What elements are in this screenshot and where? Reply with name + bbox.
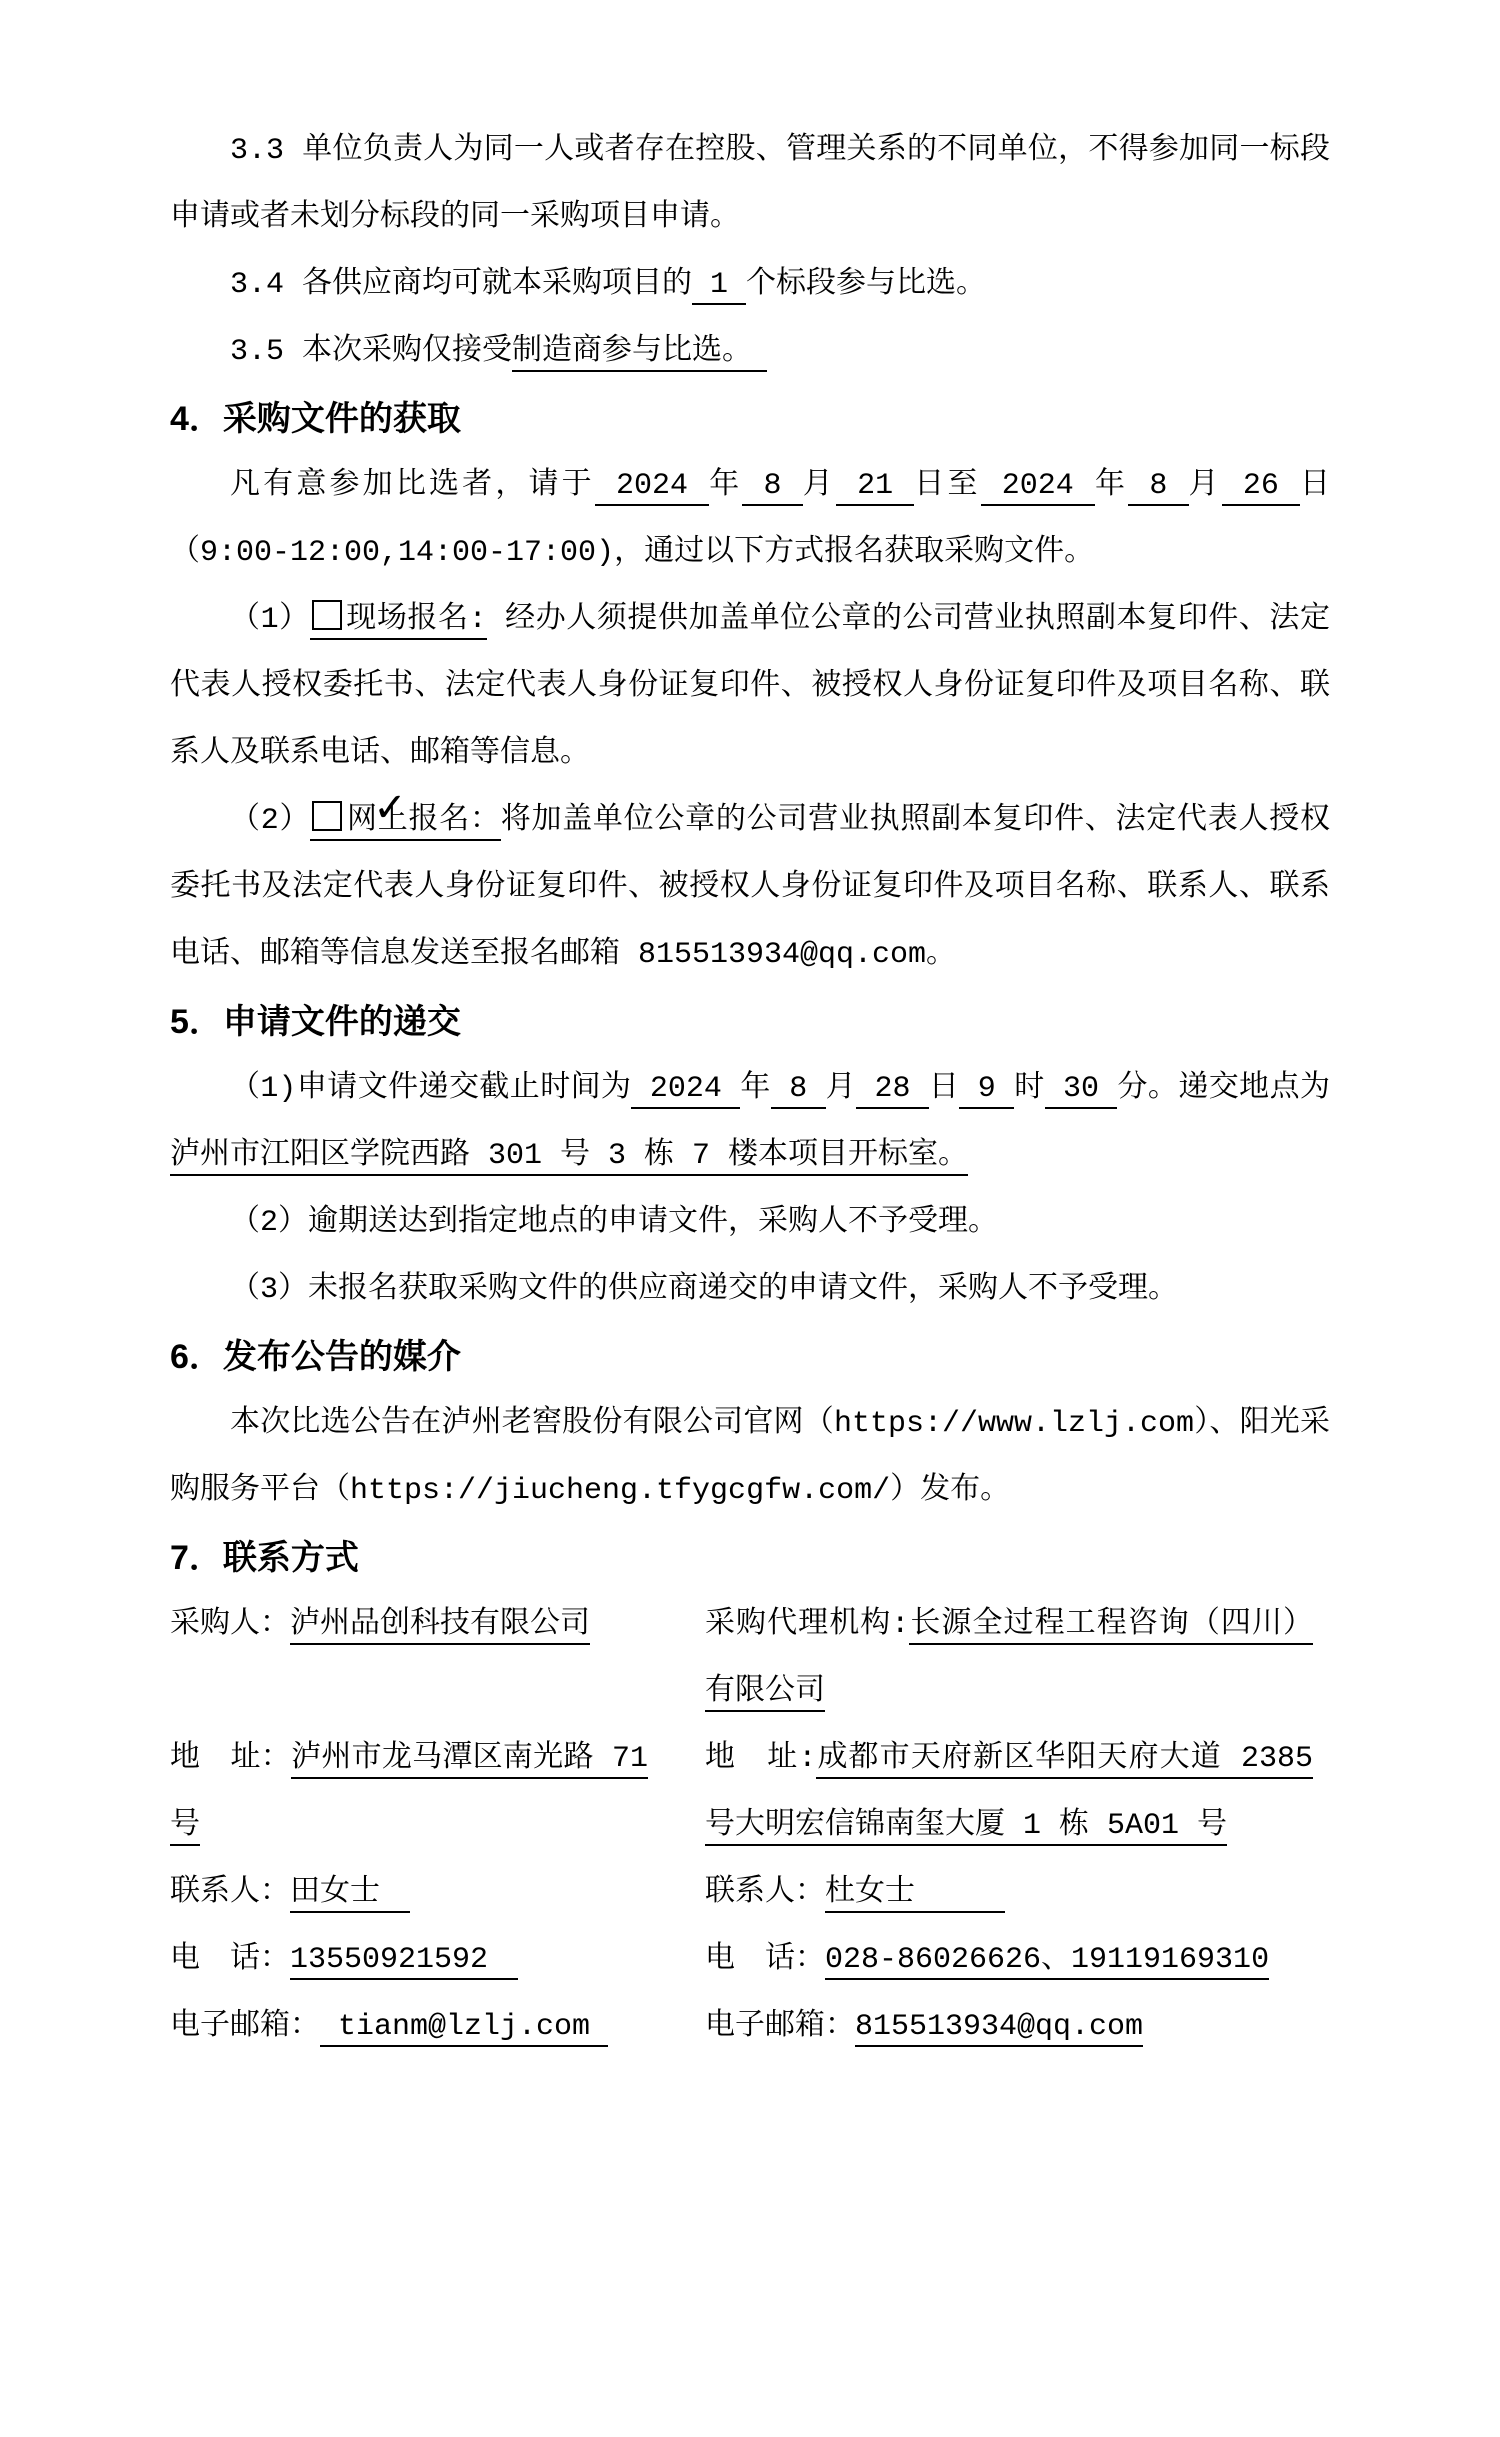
underlined-value: tianm@lzlj.com bbox=[320, 2010, 608, 2047]
para-3-3: 3.3 单位负责人为同一人或者存在控股、管理关系的不同单位，不得参加同一标段申请… bbox=[170, 118, 1330, 252]
underlined-value: 9 bbox=[959, 1072, 1014, 1109]
text-run: 年 bbox=[1095, 469, 1128, 503]
unchecked-checkbox-icon bbox=[312, 600, 342, 630]
underlined-value: 028-86026626、19119169310 bbox=[825, 1943, 1269, 1980]
text-run: 6．发布公告的媒介 bbox=[170, 1338, 461, 1376]
text-run: （1） bbox=[230, 603, 310, 637]
document-body: 3.3 单位负责人为同一人或者存在控股、管理关系的不同单位，不得参加同一标段申请… bbox=[170, 118, 1330, 2061]
contact-right-cell: 采购代理机构:长源全过程工程咨询（四川）有限公司 bbox=[705, 1592, 1313, 1726]
underlined-value: 21 bbox=[836, 469, 914, 506]
text-run: 联系人： bbox=[705, 1876, 825, 1910]
para-5-2: （2）逾期送达到指定地点的申请文件，采购人不予受理。 bbox=[170, 1190, 1330, 1257]
text-run: 3.3 单位负责人为同一人或者存在控股、管理关系的不同单位，不得参加同一标段申请… bbox=[170, 134, 1330, 235]
underlined-value: 30 bbox=[1045, 1072, 1118, 1109]
text-run: 电子邮箱： bbox=[170, 2010, 320, 2044]
text-run: （2） bbox=[230, 804, 310, 838]
text-run: 月 bbox=[803, 469, 836, 503]
para-4-intro: 凡有意参加比选者，请于 2024 年 8 月 21 日至 2024 年 8 月 … bbox=[170, 453, 1330, 587]
text-run: 凡有意参加比选者，请于 bbox=[230, 469, 595, 503]
para-4-2-online: （2）✓网上报名：将加盖单位公章的公司营业执照副本复印件、法定代表人授权委托书及… bbox=[170, 788, 1330, 989]
contact-left-cell: 地 址：泸州市龙马潭区南光路 71 号 bbox=[170, 1726, 648, 1860]
contact-right-cell: 电子邮箱：815513934@qq.com bbox=[705, 1994, 1313, 2061]
underlined-value: 2024 bbox=[595, 469, 709, 506]
text-run: 月 bbox=[826, 1072, 856, 1106]
para-5-1: （1)申请文件递交截止时间为 2024 年 8 月 28 日 9 时 30 分。… bbox=[170, 1056, 1330, 1190]
checkbox-underlined-run: ✓ bbox=[310, 804, 346, 841]
text-run: （3）未报名获取采购文件的供应商递交的申请文件，采购人不予受理。 bbox=[230, 1273, 1178, 1307]
text-run: 3.4 各供应商均可就本采购项目的 bbox=[230, 268, 692, 302]
underlined-value: 8 bbox=[771, 1072, 826, 1109]
text-run: 分。递交地点为 bbox=[1117, 1072, 1330, 1106]
text-run: 日 bbox=[929, 1072, 959, 1106]
underlined-value: 田女士 bbox=[290, 1876, 410, 1913]
contact-row-0: 采购人：泸州品创科技有限公司采购代理机构:长源全过程工程咨询（四川）有限公司 bbox=[170, 1592, 1330, 1726]
text-run: 3.5 本次采购仅接受 bbox=[230, 335, 512, 369]
document-page: 3.3 单位负责人为同一人或者存在控股、管理关系的不同单位，不得参加同一标段申请… bbox=[0, 0, 1500, 2437]
underlined-value: 杜女士 bbox=[825, 1876, 1005, 1913]
underlined-value: 13550921592 bbox=[290, 1943, 518, 1980]
contact-right-cell: 电 话：028-86026626、19119169310 bbox=[705, 1927, 1313, 1994]
text-run: 采购代理机构: bbox=[705, 1608, 909, 1642]
text-run: 地 址： bbox=[170, 1742, 291, 1776]
contact-table: 采购人：泸州品创科技有限公司采购代理机构:长源全过程工程咨询（四川）有限公司地 … bbox=[170, 1592, 1330, 2061]
text-run: 4．采购文件的获取 bbox=[170, 400, 461, 438]
para-4-1-onsite: （1）现场报名: 经办人须提供加盖单位公章的公司营业执照副本复印件、法定代表人授… bbox=[170, 587, 1330, 788]
contact-row-4: 电子邮箱： tianm@lzlj.com 电子邮箱：815513934@qq.c… bbox=[170, 1994, 1330, 2061]
text-run: （2）逾期送达到指定地点的申请文件，采购人不予受理。 bbox=[230, 1206, 998, 1240]
para-6-intro: 本次比选公告在泸州老窖股份有限公司官网（https://www.lzlj.com… bbox=[170, 1391, 1330, 1525]
para-3-5: 3.5 本次采购仅接受制造商参与比选。 bbox=[170, 319, 1330, 386]
para-3-4: 3.4 各供应商均可就本采购项目的 1 个标段参与比选。 bbox=[170, 252, 1330, 319]
underlined-value: 2024 bbox=[981, 469, 1095, 506]
underlined-value: 1 bbox=[692, 268, 746, 305]
heading-7: 7．联系方式 bbox=[170, 1525, 1330, 1592]
checked-checkbox-icon: ✓ bbox=[312, 801, 342, 831]
text-run: 时 bbox=[1014, 1072, 1044, 1106]
underlined-value: 泸州市江阳区学院西路 301 号 3 栋 7 楼本项目开标室。 bbox=[170, 1139, 968, 1176]
text-run: 本次比选公告在泸州老窖股份有限公司官网（https://www.lzlj.com… bbox=[170, 1407, 1330, 1508]
contact-left-cell: 电 话：13550921592 bbox=[170, 1927, 648, 1994]
text-run: 7．联系方式 bbox=[170, 1539, 359, 1577]
contact-right-cell: 联系人：杜女士 bbox=[705, 1860, 1313, 1927]
text-run: 年 bbox=[740, 1072, 770, 1106]
text-run: 地 址: bbox=[705, 1742, 816, 1776]
text-run: （1)申请文件递交截止时间为 bbox=[230, 1072, 631, 1106]
text-run: 电子邮箱： bbox=[705, 2010, 855, 2044]
text-run: 采购人： bbox=[170, 1608, 290, 1642]
underlined-value: 2024 bbox=[631, 1072, 740, 1109]
check-mark-glyph: ✓ bbox=[313, 788, 407, 828]
underlined-value: 26 bbox=[1222, 469, 1300, 506]
text-run: 5．申请文件的递交 bbox=[170, 1003, 461, 1041]
para-5-3: （3）未报名获取采购文件的供应商递交的申请文件，采购人不予受理。 bbox=[170, 1257, 1330, 1324]
contact-row-2: 联系人：田女士 联系人：杜女士 bbox=[170, 1860, 1330, 1927]
heading-4: 4．采购文件的获取 bbox=[170, 386, 1330, 453]
text-run: 月 bbox=[1189, 469, 1222, 503]
contact-left-cell: 联系人：田女士 bbox=[170, 1860, 648, 1927]
text-run: 联系人： bbox=[170, 1876, 290, 1910]
underlined-value: 现场报名: bbox=[346, 603, 487, 640]
underlined-value: 28 bbox=[856, 1072, 929, 1109]
underlined-value: 泸州品创科技有限公司 bbox=[290, 1608, 590, 1645]
text-run: 个标段参与比选。 bbox=[746, 268, 986, 302]
text-run: 年 bbox=[709, 469, 742, 503]
checkbox-underlined-run bbox=[310, 603, 346, 640]
underlined-value: 8 bbox=[742, 469, 802, 506]
underlined-value: 8 bbox=[1128, 469, 1188, 506]
contact-row-3: 电 话：13550921592 电 话：028-86026626、1911916… bbox=[170, 1927, 1330, 1994]
contact-left-cell: 电子邮箱： tianm@lzlj.com bbox=[170, 1994, 648, 2061]
underlined-value: 815513934@qq.com bbox=[855, 2010, 1143, 2047]
text-run: 电 话： bbox=[170, 1943, 290, 1977]
text-run: 电 话： bbox=[705, 1943, 825, 1977]
contact-row-1: 地 址：泸州市龙马潭区南光路 71 号地 址:成都市天府新区华阳天府大道 238… bbox=[170, 1726, 1330, 1860]
contact-right-cell: 地 址:成都市天府新区华阳天府大道 2385 号大明宏信锦南玺大厦 1 栋 5A… bbox=[705, 1726, 1313, 1860]
text-run: 日至 bbox=[914, 469, 980, 503]
heading-6: 6．发布公告的媒介 bbox=[170, 1324, 1330, 1391]
heading-5: 5．申请文件的递交 bbox=[170, 989, 1330, 1056]
underlined-value: 制造商参与比选。 bbox=[512, 335, 767, 372]
contact-left-cell: 采购人：泸州品创科技有限公司 bbox=[170, 1592, 648, 1659]
